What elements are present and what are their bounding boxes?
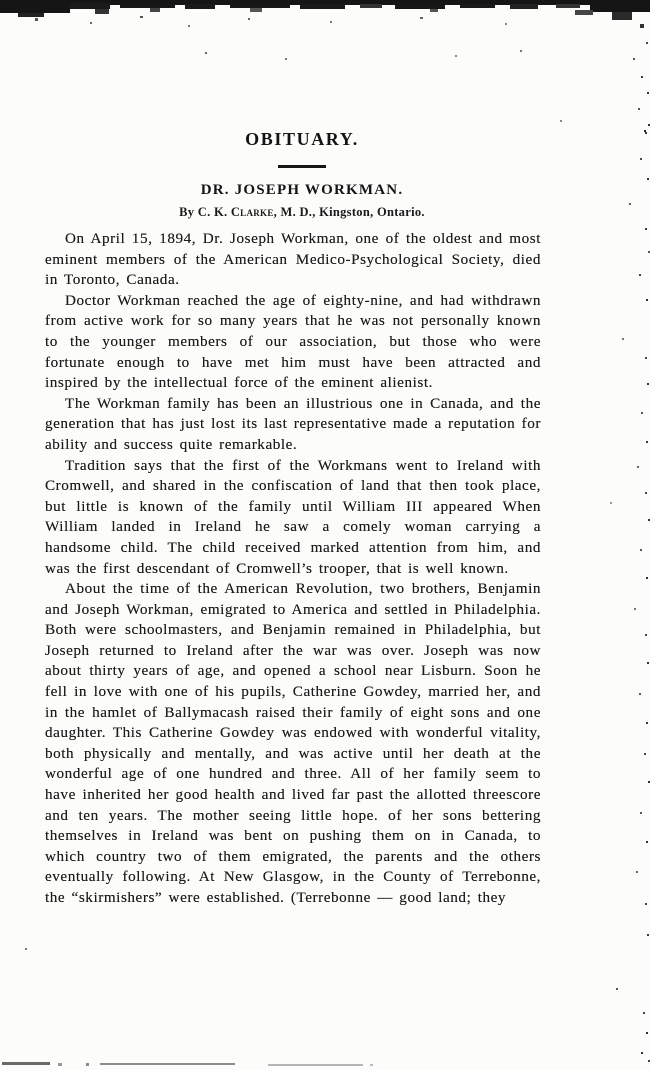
scan-noise-bottom-line [100,1063,235,1065]
article-byline: By C. K. Clarke, M. D., Kingston, Ontari… [54,206,550,219]
article: OBITUARY. DR. JOSEPH WORKMAN. By C. K. C… [45,128,541,909]
scan-noise-bottom-dot [58,1063,62,1066]
paragraph-1: On April 15, 1894, Dr. Joseph Workman, o… [45,229,541,291]
scan-noise-bottom-line [2,1062,50,1065]
paragraph-5: About the time of the American Revolutio… [45,579,541,909]
paragraph-3: The Workman family has been an illustrio… [45,394,541,456]
heading-rule-divider [278,165,326,168]
scan-noise-bottom-dot [370,1064,373,1066]
scan-noise-bottom-line [268,1064,363,1066]
paragraph-4: Tradition says that the first of the Wor… [45,456,541,580]
scan-noise-margin-speckles [0,0,2,2]
section-heading: OBITUARY. [54,128,550,150]
byline-prefix: By C. K. [179,205,231,219]
article-body: On April 15, 1894, Dr. Joseph Workman, o… [45,229,541,909]
paragraph-2: Doctor Workman reached the age of eighty… [45,291,541,394]
byline-suffix: , M. D., Kingston, Ontario. [274,205,425,219]
scanned-page: OBITUARY. DR. JOSEPH WORKMAN. By C. K. C… [0,0,650,1070]
scan-noise-bottom-dot [86,1063,89,1066]
article-title: DR. JOSEPH WORKMAN. [54,182,550,198]
byline-author: Clarke [231,205,274,219]
scan-noise-top-edge [0,0,650,34]
